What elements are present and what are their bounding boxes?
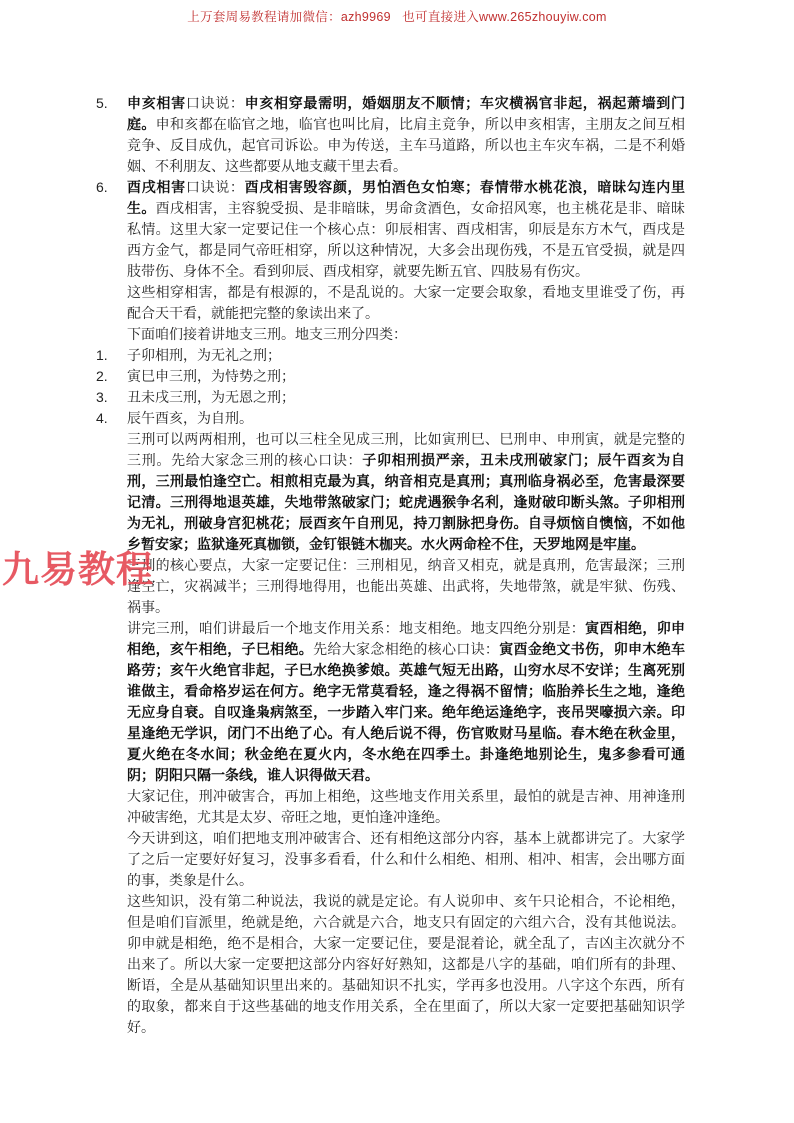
body-text: 这些相穿相害，都是有根源的，不是乱说的。大家一定要会取象，看地支里谁受了伤，再配… [127,284,685,321]
body-text: 子卯相刑，为无礼之刑； [127,347,281,363]
body-text: 辰午酉亥，为自刑。 [127,410,253,426]
paragraph: 三刑的核心要点，大家一定要记住：三刑相见，纳音又相克，就是真刑，危害最深；三刑逢… [94,555,685,618]
numbered-list-item: 1.子卯相刑，为无礼之刑； [94,345,685,366]
paragraph: 这些相穿相害，都是有根源的，不是乱说的。大家一定要会取象，看地支里谁受了伤，再配… [94,282,685,324]
paragraph: 这些知识，没有第二种说法，我说的就是定论。有人说卯申、亥午只论相合，不论相绝，但… [94,891,685,1038]
body-text: 先给大家念相绝的核心口诀： [313,641,499,657]
body-text: 下面咱们接着讲地支三刑。地支三刑分四类： [127,326,407,342]
numbered-list-item: 6.酉戌相害口诀说：酉戌相害毁容颜，男怕酒色女怕寒；春情带水桃花浪，暗昧勾连内里… [94,177,685,282]
paragraph: 今天讲到这，咱们把地支刑冲破害合、还有相绝这部分内容，基本上就都讲完了。大家学了… [94,828,685,891]
bold-oracle-text: 申亥相害 [127,95,186,111]
body-text: 口诀说： [186,95,245,111]
numbered-list-item: 3.丑未戌三刑，为无恩之刑； [94,387,685,408]
body-text: 丑未戌三刑，为无恩之刑； [127,389,295,405]
item-number: 1. [96,345,108,366]
paragraph: 讲完三刑，咱们讲最后一个地支作用关系：地支相绝。地支四绝分别是：寅酉相绝，卯申相… [94,618,685,786]
numbered-list-item: 5.申亥相害口诀说：申亥相穿最需明，婚姻朋友不顺情；车灾横祸官非起，祸起萧墙到门… [94,93,685,177]
body-text: 这些知识，没有第二种说法，我说的就是定论。有人说卯申、亥午只论相合，不论相绝，但… [127,893,685,1035]
watermark-text: 九易教程 [2,539,154,593]
body-text: 今天讲到这，咱们把地支刑冲破害合、还有相绝这部分内容，基本上就都讲完了。大家学了… [127,830,685,888]
numbered-list-item: 4.辰午酉亥，为自刑。 [94,408,685,429]
body-text: 大家记住，刑冲破害合，再加上相绝，这些地支作用关系里，最怕的就是吉神、用神逢刑冲… [127,788,685,825]
paragraph: 下面咱们接着讲地支三刑。地支三刑分四类： [94,324,685,345]
item-number: 5. [96,93,108,114]
bold-oracle-text: 寅酉金绝文书伤，卯申木绝车路劳；亥午火绝官非起，子巳水绝换爹娘。英雄气短无出路，… [127,641,685,783]
body-text: 口诀说： [186,179,245,195]
item-number: 6. [96,177,108,198]
body-text: 申和亥都在临官之地，临官也叫比肩，比肩主竞争，所以申亥相害，主朋友之间互相竞争、… [127,116,685,174]
item-number: 2. [96,366,108,387]
paragraph: 三刑可以两两相刑，也可以三柱全见成三刑，比如寅刑巳、巳刑申、申刑寅，就是完整的三… [94,429,685,555]
item-number: 4. [96,408,108,429]
item-number: 3. [96,387,108,408]
numbered-list-item: 2.寅巳申三刑，为恃势之刑； [94,366,685,387]
bold-oracle-text: 酉戌相害 [127,179,186,195]
document-body: 5.申亥相害口诀说：申亥相穿最需明，婚姻朋友不顺情；车灾横祸官非起，祸起萧墙到门… [94,93,685,1038]
paragraph: 大家记住，刑冲破害合，再加上相绝，这些地支作用关系里，最怕的就是吉神、用神逢刑冲… [94,786,685,828]
body-text: 寅巳申三刑，为恃势之刑； [127,368,295,384]
body-text: 酉戌相害，主容貌受损、是非暗昧，男命贪酒色，女命招风寒，也主桃花是非、暗昧私情。… [127,200,685,279]
page-header-promo-text: 上万套周易教程请加微信：azh9969 也可直接进入www.265zhouyiw… [0,7,794,25]
body-text: 讲完三刑，咱们讲最后一个地支作用关系：地支相绝。地支四绝分别是： [127,620,585,636]
body-text: 三刑的核心要点，大家一定要记住：三刑相见，纳音又相克，就是真刑，危害最深；三刑逢… [127,557,685,615]
